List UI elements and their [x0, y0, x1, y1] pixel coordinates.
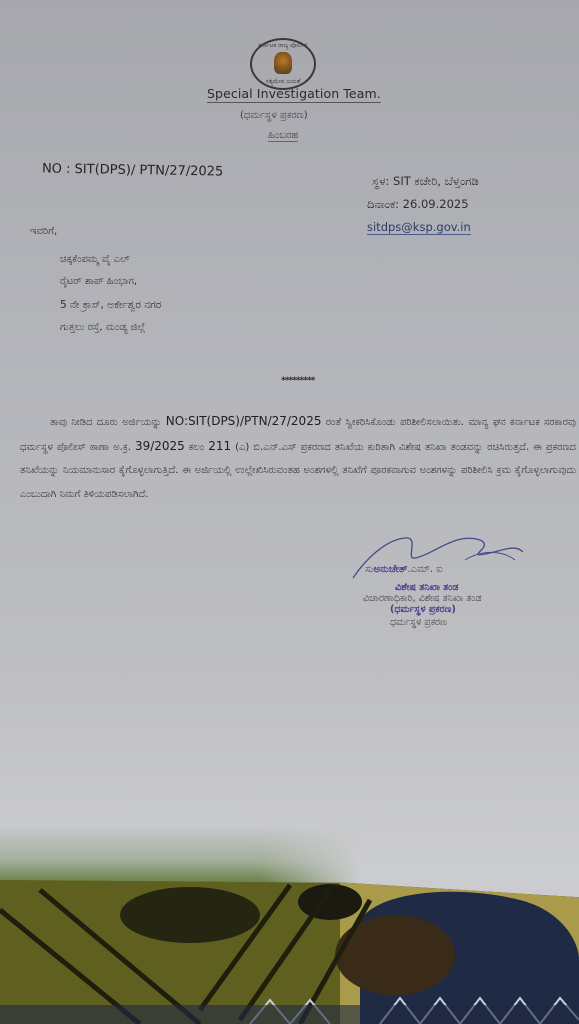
date: ದಿನಾಂಕ: 26.09.2025: [367, 197, 469, 212]
fabric-pattern-icon: [0, 880, 579, 1024]
signatory-name: ಸುಅನುಚೇತ್.ಎಮ್. ಐ: [365, 564, 443, 575]
stamp-line: ವಿಶೇಷ ತನಿಖಾ ತಂಡ: [395, 582, 458, 593]
salutation: ಇವರಿಗೆ,: [30, 226, 57, 237]
address-line: ಚಿಕ್ಕಕೆಂಪಮ್ಮ ವೈ ಎಲ್: [60, 254, 130, 265]
shadow: [0, 825, 579, 885]
designation: ವಿಚಾರಣಾಧಿಕಾರಿ, ವಿಶೇಷ ತನಿಖಾ ತಂಡ: [363, 593, 482, 604]
place: ಸ್ಥಳ: SIT ಕಚೇರಿ, ಬೆಳ್ತಂಗಡಿ: [372, 174, 479, 189]
stamp-line: (ಧರ್ಮಸ್ಥಳ ಪ್ರಕರಣ): [390, 604, 456, 615]
divider: *********: [281, 376, 314, 386]
signature-block: ಸುಅನುಚೇತ್.ಎಮ್. ಐ ವಿಶೇಷ ತನಿಖಾ ತಂಡ ವಿಚಾರಣಾ…: [345, 530, 545, 630]
signature-icon: [345, 530, 535, 590]
fabric-background: [0, 880, 579, 1024]
case-name: ಧರ್ಮಸ್ಥಳ ಪ್ರಕರಣ: [390, 617, 447, 628]
complaint-number: NO:SIT(DPS)/PTN/27/2025: [166, 414, 322, 428]
letter-body: ತಾವು ನೀಡಿದ ದೂರು ಅರ್ಜಿಯನ್ನು NO:SIT(DPS)/P…: [20, 410, 576, 506]
emblem-bottom-text: ಸತ್ಯಮೇವ ಜಯತೆ: [252, 78, 314, 86]
org-case: (ಧರ್ಮಸ್ಥಳ ಪ್ರಕರಣ): [240, 110, 308, 121]
address-line: 5 ನೇ ಕ್ರಾಸ್, ಅರ್ಕೇಶ್ವರ ನಗರ: [60, 299, 161, 312]
address-line: ಗುತ್ತಲು ರಸ್ತೆ, ಮಂಡ್ಯ ಜಿಲ್ಲೆ: [60, 322, 145, 333]
emblem-top-text: ಕರ್ನಾಟಕ ರಾಜ್ಯ ಪೊಲೀಸ್: [252, 42, 314, 50]
emblem-crest-icon: [274, 52, 292, 74]
reference-number: NO : SIT(DPS)/ PTN/27/2025: [42, 161, 224, 179]
email-link[interactable]: sitdps@ksp.gov.in: [367, 220, 471, 235]
org-label: ಹಿಂಬರಹ: [268, 130, 298, 142]
letter-page: ಕರ್ನಾಟಕ ರಾಜ್ಯ ಪೊಲೀಸ್ ಸತ್ಯಮೇವ ಜಯತೆ Specia…: [0, 0, 579, 880]
crime-number: 39/2025: [135, 439, 185, 453]
state-emblem-icon: ಕರ್ನಾಟಕ ರಾಜ್ಯ ಪೊಲೀಸ್ ಸತ್ಯಮೇವ ಜಯತೆ: [250, 38, 316, 90]
section-number: 211: [208, 439, 231, 453]
address-line: ರೈಟರ್ ಶಾಪ್ ಹಿಂಭಾಗ,: [60, 276, 137, 287]
org-title: Special Investigation Team.: [207, 86, 381, 103]
